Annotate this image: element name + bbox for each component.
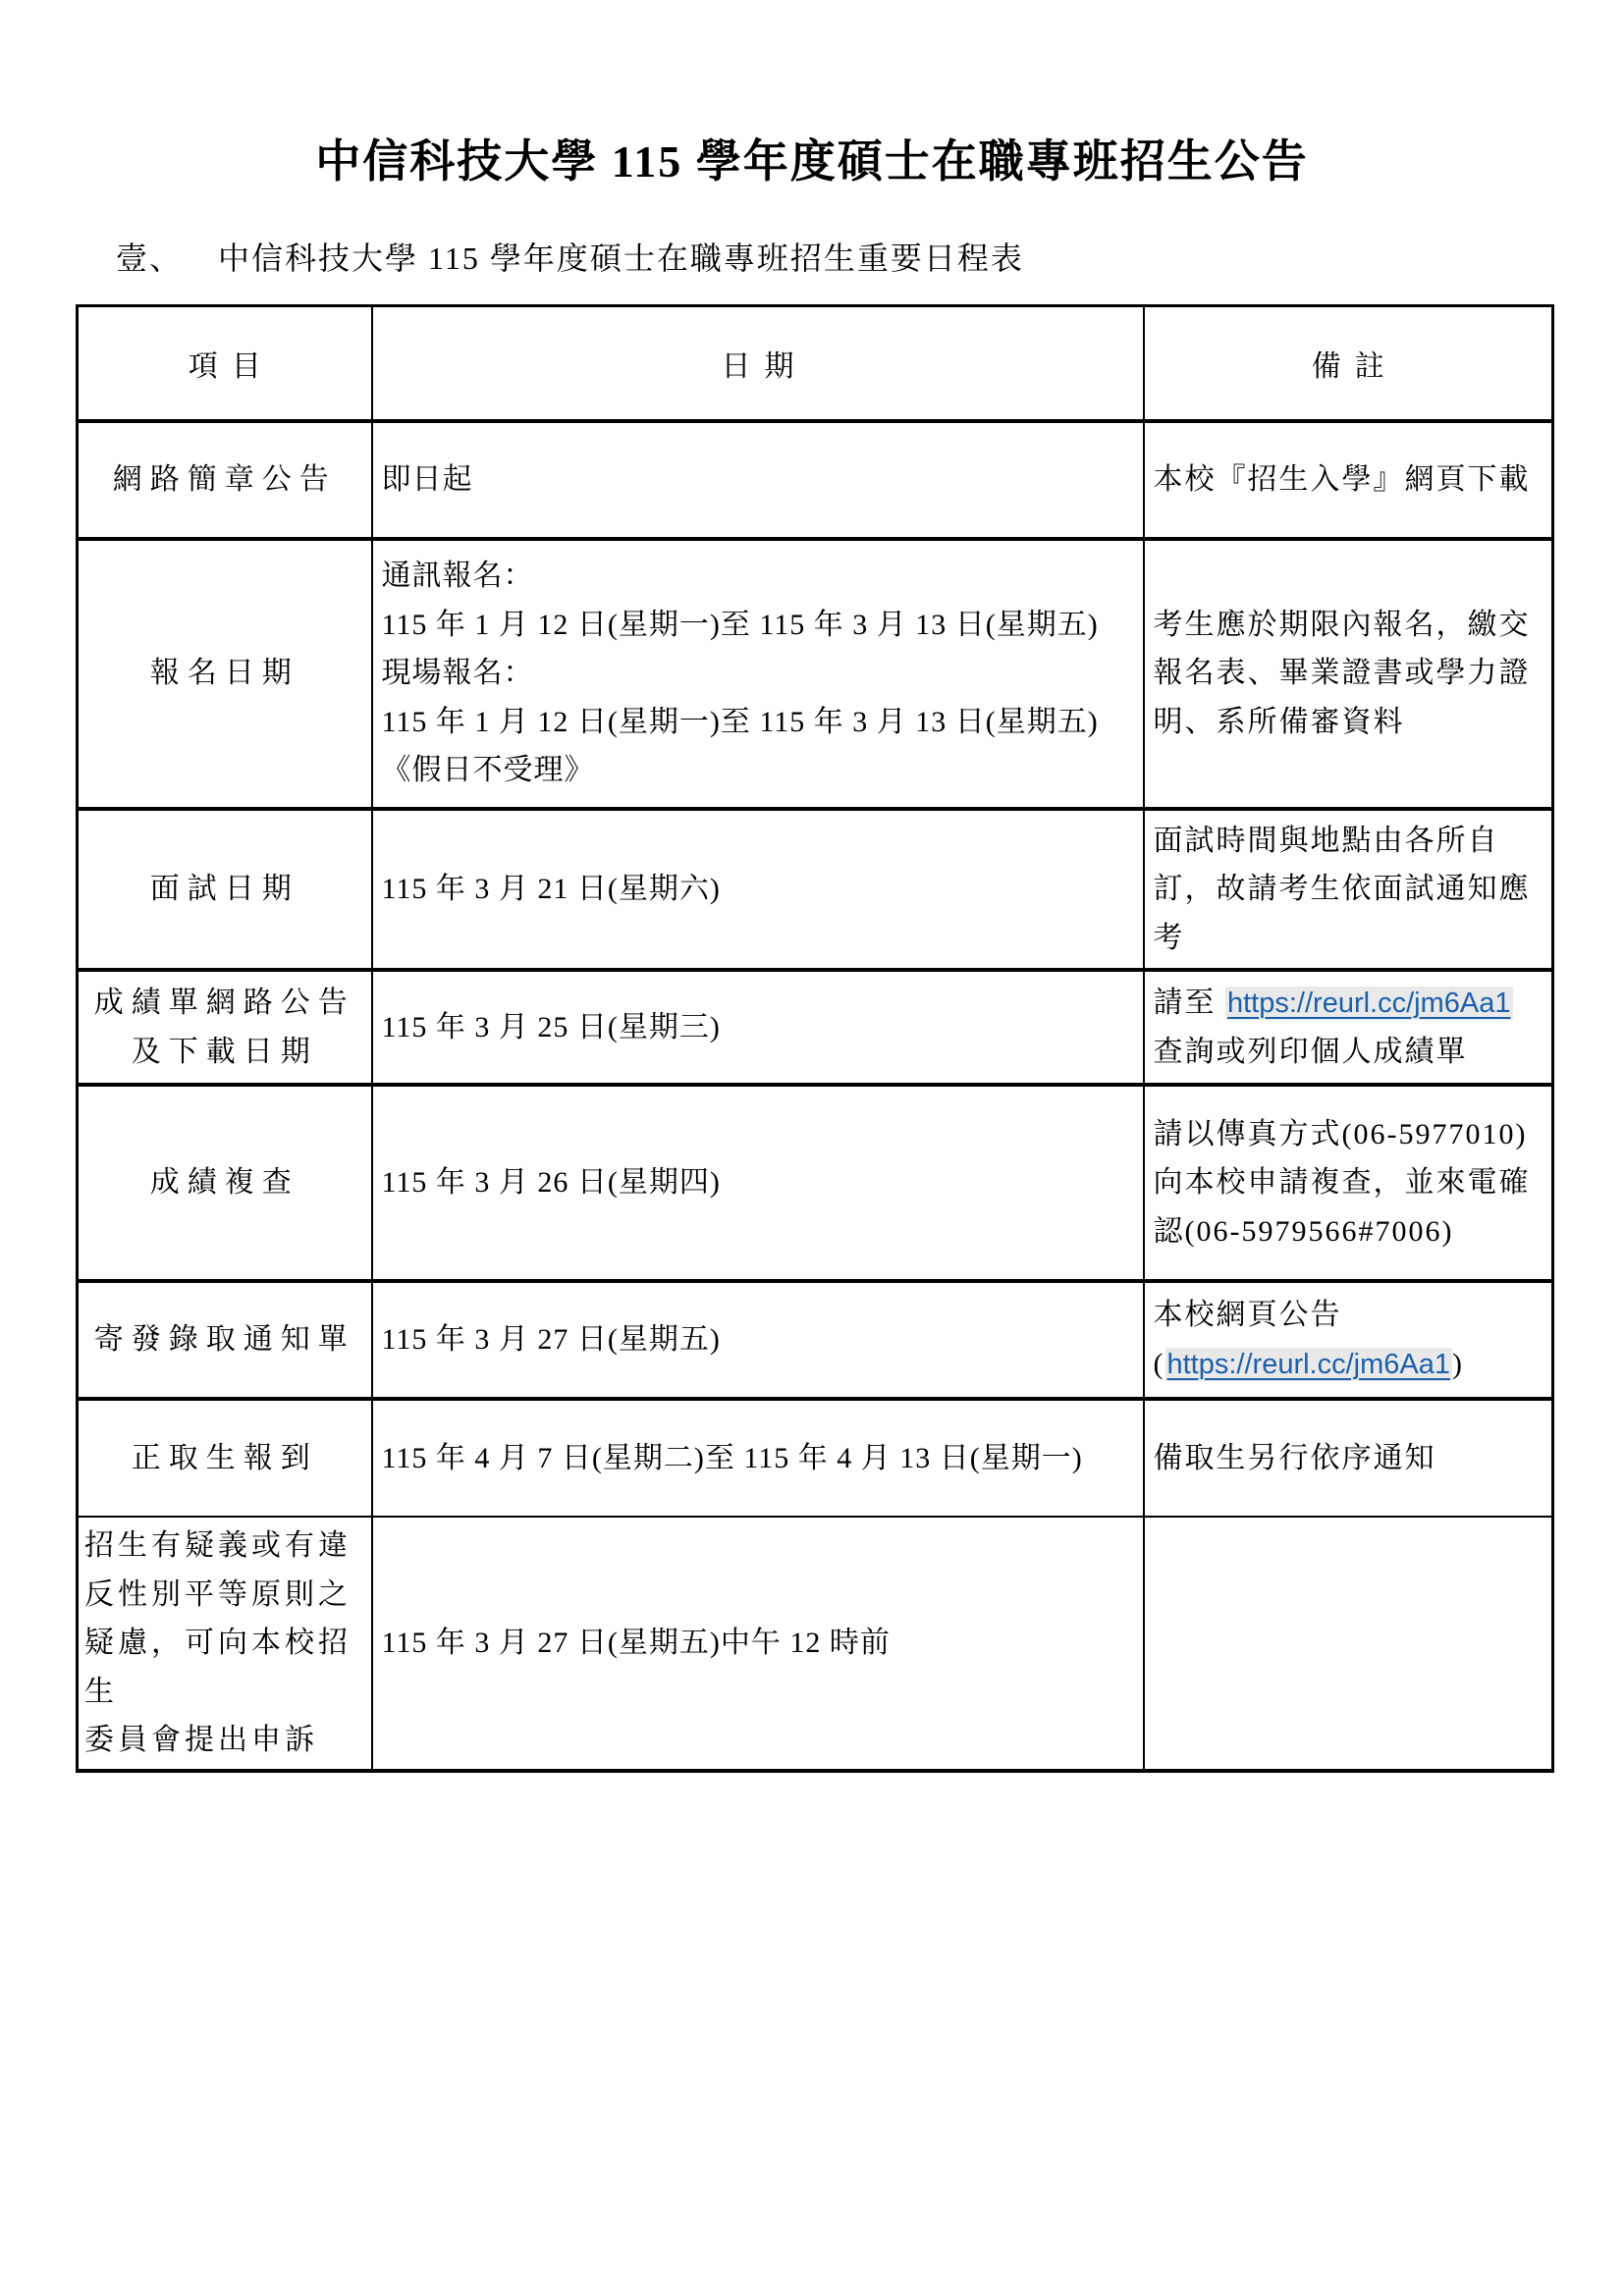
cell-line: 疑慮，可向本校招生	[84, 1619, 365, 1716]
cell-line: 115 年 3 月 26 日(星期四)	[382, 1158, 1131, 1207]
section-marker: 壹、	[116, 240, 183, 276]
cell-line: 備取生另行依序通知	[1154, 1434, 1543, 1483]
cell-line: 115 年 3 月 25 日(星期三)	[382, 1003, 1131, 1052]
row-appeal: 招生有疑義或有違反性別平等原則之疑慮，可向本校招生委員會提出申訴115 年 3 …	[78, 1517, 1553, 1771]
cell-line: 請至 https://reurl.cc/jm6Aa1	[1154, 979, 1543, 1028]
col-header-date: 日期	[372, 306, 1144, 421]
schedule-table-header: 項目 日期 備註	[78, 306, 1553, 421]
row-admitted-checkin-item: 正取生報到	[78, 1399, 372, 1517]
row-admitted-checkin-note: 備取生另行依序通知	[1144, 1399, 1553, 1517]
row-admission-notice-note: 本校網頁公告(https://reurl.cc/jm6Aa1)	[1144, 1281, 1553, 1399]
cell-line: 寄發錄取通知單	[82, 1315, 367, 1364]
cell-line: 考生應於期限內報名，繳交	[1154, 601, 1543, 650]
cell-line: 正取生報到	[82, 1434, 367, 1483]
row-online-brochure: 網路簡章公告即日起本校『招生入學』網頁下載	[78, 421, 1553, 539]
row-score-recheck-date: 115 年 3 月 26 日(星期四)	[372, 1085, 1144, 1281]
row-registration-dates-item: 報名日期	[78, 539, 372, 809]
cell-line: 通訊報名：	[382, 552, 1131, 601]
cell-line: 本校網頁公告	[1154, 1291, 1543, 1340]
cell-line: 現場報名：	[382, 649, 1131, 698]
cell-line: 向本校申請複查，並來電確	[1154, 1158, 1543, 1207]
cell-line: 招生有疑義或有違	[84, 1522, 365, 1571]
row-score-recheck-note: 請以傳真方式(06-5977010)向本校申請複查，並來電確認(06-59795…	[1144, 1085, 1553, 1281]
row-transcript-announcement-date: 115 年 3 月 25 日(星期三)	[372, 970, 1144, 1085]
cell-line: 查詢或列印個人成績單	[1154, 1028, 1543, 1077]
row-transcript-announcement: 成績單網路公告及下載日期115 年 3 月 25 日(星期三)請至 https:…	[78, 970, 1553, 1085]
cell-line: 網路簡章公告	[82, 455, 367, 505]
row-registration-dates-date: 通訊報名：115 年 1 月 12 日(星期一)至 115 年 3 月 13 日…	[372, 539, 1144, 809]
row-registration-dates-note: 考生應於期限內報名，繳交報名表、畢業證書或學力證明、系所備審資料	[1144, 539, 1553, 809]
cell-line: 認(06-5979566#7006)	[1154, 1207, 1543, 1256]
row-transcript-announcement-item: 成績單網路公告及下載日期	[78, 970, 372, 1085]
row-score-recheck-item: 成績複查	[78, 1085, 372, 1281]
cell-line: 訂，故請考生依面試通知應	[1154, 865, 1543, 914]
row-interview-date: 面試日期115 年 3 月 21 日(星期六)面試時間與地點由各所自訂，故請考生…	[78, 809, 1553, 971]
cell-line: 115 年 3 月 27 日(星期五)中午 12 時前	[382, 1619, 1131, 1668]
cell-line: 明、系所備審資料	[1154, 698, 1543, 747]
row-admission-notice-date: 115 年 3 月 27 日(星期五)	[372, 1281, 1144, 1399]
cell-line: 報名表、畢業證書或學力證	[1154, 649, 1543, 698]
schedule-table: 項目 日期 備註 網路簡章公告即日起本校『招生入學』網頁下載報名日期通訊報名：1…	[76, 304, 1554, 1773]
cell-line: (https://reurl.cc/jm6Aa1)	[1154, 1340, 1543, 1389]
cell-line: 115 年 3 月 21 日(星期六)	[382, 865, 1131, 914]
cell-line: 115 年 1 月 12 日(星期一)至 115 年 3 月 13 日(星期五)	[382, 698, 1131, 747]
row-appeal-note	[1144, 1517, 1553, 1771]
cell-line: 面試時間與地點由各所自	[1154, 817, 1543, 866]
schedule-table-body: 網路簡章公告即日起本校『招生入學』網頁下載報名日期通訊報名：115 年 1 月 …	[78, 421, 1553, 1771]
row-online-brochure-item: 網路簡章公告	[78, 421, 372, 539]
cell-line: 及下載日期	[82, 1028, 367, 1077]
cell-line: 即日起	[382, 455, 1131, 505]
cell-line: 面試日期	[82, 865, 367, 914]
row-transcript-announcement-note: 請至 https://reurl.cc/jm6Aa1查詢或列印個人成績單	[1144, 970, 1553, 1085]
cell-line: 考	[1154, 914, 1543, 963]
row-admission-notice-item: 寄發錄取通知單	[78, 1281, 372, 1399]
row-interview-date-date: 115 年 3 月 21 日(星期六)	[372, 809, 1144, 971]
cell-line: 反性別平等原則之	[84, 1571, 365, 1620]
document-page: 中信科技大學 115 學年度碩士在職專班招生公告 壹、中信科技大學 115 學年…	[0, 0, 1624, 2296]
col-header-item: 項目	[78, 306, 372, 421]
reurl-shortlink[interactable]: https://reurl.cc/jm6Aa1	[1165, 1348, 1453, 1381]
cell-line: 115 年 4 月 7 日(星期二)至 115 年 4 月 13 日(星期一)	[382, 1434, 1131, 1483]
cell-line: 115 年 3 月 27 日(星期五)	[382, 1315, 1131, 1364]
cell-line: 《假日不受理》	[382, 746, 1131, 795]
row-admitted-checkin-date: 115 年 4 月 7 日(星期二)至 115 年 4 月 13 日(星期一)	[372, 1399, 1144, 1517]
row-score-recheck: 成績複查115 年 3 月 26 日(星期四)請以傳真方式(06-5977010…	[78, 1085, 1553, 1281]
cell-line: 委員會提出申訴	[84, 1716, 365, 1765]
header-row: 項目 日期 備註	[78, 306, 1553, 421]
page-title: 中信科技大學 115 學年度碩士在職專班招生公告	[0, 0, 1624, 190]
row-online-brochure-note: 本校『招生入學』網頁下載	[1144, 421, 1553, 539]
cell-line: 成績複查	[82, 1158, 367, 1207]
row-admitted-checkin: 正取生報到115 年 4 月 7 日(星期二)至 115 年 4 月 13 日(…	[78, 1399, 1553, 1517]
row-admission-notice: 寄發錄取通知單115 年 3 月 27 日(星期五)本校網頁公告(https:/…	[78, 1281, 1553, 1399]
cell-line: 請以傳真方式(06-5977010)	[1154, 1110, 1543, 1159]
reurl-shortlink[interactable]: https://reurl.cc/jm6Aa1	[1225, 987, 1513, 1020]
row-interview-date-item: 面試日期	[78, 809, 372, 971]
row-registration-dates: 報名日期通訊報名：115 年 1 月 12 日(星期一)至 115 年 3 月 …	[78, 539, 1553, 809]
col-header-note: 備註	[1144, 306, 1553, 421]
row-appeal-item: 招生有疑義或有違反性別平等原則之疑慮，可向本校招生委員會提出申訴	[78, 1517, 372, 1771]
section-title: 中信科技大學 115 學年度碩士在職專班招生重要日程表	[218, 240, 1024, 276]
cell-line: 115 年 1 月 12 日(星期一)至 115 年 3 月 13 日(星期五)	[382, 601, 1131, 650]
section-heading: 壹、中信科技大學 115 學年度碩士在職專班招生重要日程表	[116, 234, 1624, 279]
cell-line: 成績單網路公告	[82, 979, 367, 1028]
row-appeal-date: 115 年 3 月 27 日(星期五)中午 12 時前	[372, 1517, 1144, 1771]
cell-line: 報名日期	[82, 649, 367, 698]
row-online-brochure-date: 即日起	[372, 421, 1144, 539]
cell-line: 本校『招生入學』網頁下載	[1154, 455, 1543, 505]
row-interview-date-note: 面試時間與地點由各所自訂，故請考生依面試通知應考	[1144, 809, 1553, 971]
